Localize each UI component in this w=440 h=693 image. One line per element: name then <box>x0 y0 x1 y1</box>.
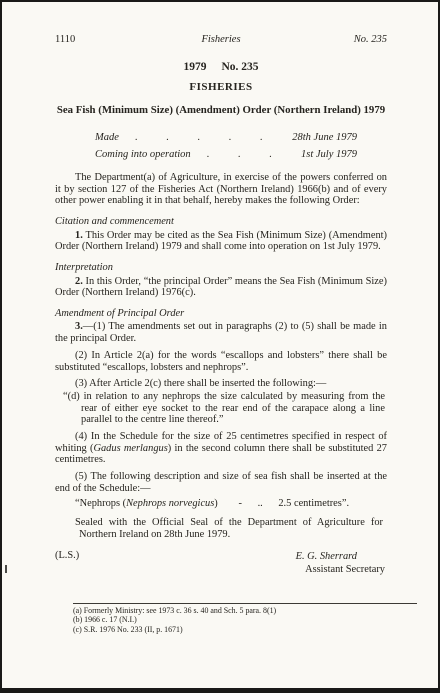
signatory-name: E. G. Sherrard <box>296 550 387 563</box>
paragraph-3-4: (4) In the Schedule for the size of 25 c… <box>55 431 387 466</box>
operation-date: 1st July 1979 <box>293 146 357 163</box>
footnotes-block: (a) Formerly Ministry: see 1973 c. 36 s.… <box>73 603 417 634</box>
scan-artifact <box>5 565 7 573</box>
made-row: Made . . . . . . . 28th June 1979 <box>95 129 357 146</box>
footnote-c: (c) S.R. 1976 No. 233 (II, p. 1671) <box>73 625 417 634</box>
made-date: 28th June 1979 <box>284 129 357 146</box>
session-line: 1979 No. 235 <box>55 61 387 73</box>
subject-heading: FISHERIES <box>55 81 387 93</box>
paragraph-3-2: (2) In Article 2(a) for the words “escal… <box>55 350 387 373</box>
operation-row: Coming into operation . . . . 1st July 1… <box>95 146 357 163</box>
schedule-entry: “Nephrops (Nephrops norvegicus) - .. 2.5… <box>55 498 387 510</box>
section-heading-citation: Citation and commencement <box>55 216 387 228</box>
paragraph-3-1: 3.—(1) The amendments set out in paragra… <box>55 321 387 344</box>
running-header: 1110 Fisheries No. 235 <box>55 34 387 46</box>
dot-leader: . . . . <box>191 146 293 163</box>
sealing-paragraph: Sealed with the Official Seal of the Dep… <box>55 517 387 540</box>
inserted-provision-quote: “(d) in relation to any nephrops the siz… <box>55 391 387 426</box>
paragraph-3-5: (5) The following description and size o… <box>55 471 387 494</box>
preamble-paragraph: The Department(a) of Agriculture, in exe… <box>55 172 387 207</box>
paragraph-1: 1. This Order may be cited as the Sea Fi… <box>55 230 387 253</box>
document-page: 1110 Fisheries No. 235 1979 No. 235 FISH… <box>0 0 440 693</box>
signature-block: (L.S.) E. G. Sherrard Assistant Secretar… <box>55 550 387 576</box>
made-label: Made <box>95 129 119 146</box>
dot-leader: . . . . . . . <box>119 129 284 146</box>
section-heading-amendment: Amendment of Principal Order <box>55 308 387 320</box>
session-year: 1979 <box>183 61 206 73</box>
session-number: No. 235 <box>221 61 258 73</box>
page-number: 1110 <box>55 34 166 46</box>
footnote-a: (a) Formerly Ministry: see 1973 c. 36 s.… <box>73 606 417 615</box>
locus-sigilli: (L.S.) <box>55 550 79 562</box>
paragraph-3-3: (3) After Article 2(c) there shall be in… <box>55 378 387 390</box>
section-heading-interpretation: Interpretation <box>55 262 387 274</box>
footnote-b: (b) 1966 c. 17 (N.I.) <box>73 615 417 624</box>
paragraph-2: 2. In this Order, “the principal Order” … <box>55 276 387 299</box>
dates-block: Made . . . . . . . 28th June 1979 Coming… <box>95 129 357 163</box>
running-title: Fisheries <box>166 34 277 46</box>
signatory-title: Assistant Secretary <box>296 563 387 576</box>
running-order-number: No. 235 <box>276 34 387 46</box>
signatory-column: E. G. Sherrard Assistant Secretary <box>296 550 387 576</box>
order-title: Sea Fish (Minimum Size) (Amendment) Orde… <box>55 104 387 116</box>
operation-label: Coming into operation <box>95 146 191 163</box>
